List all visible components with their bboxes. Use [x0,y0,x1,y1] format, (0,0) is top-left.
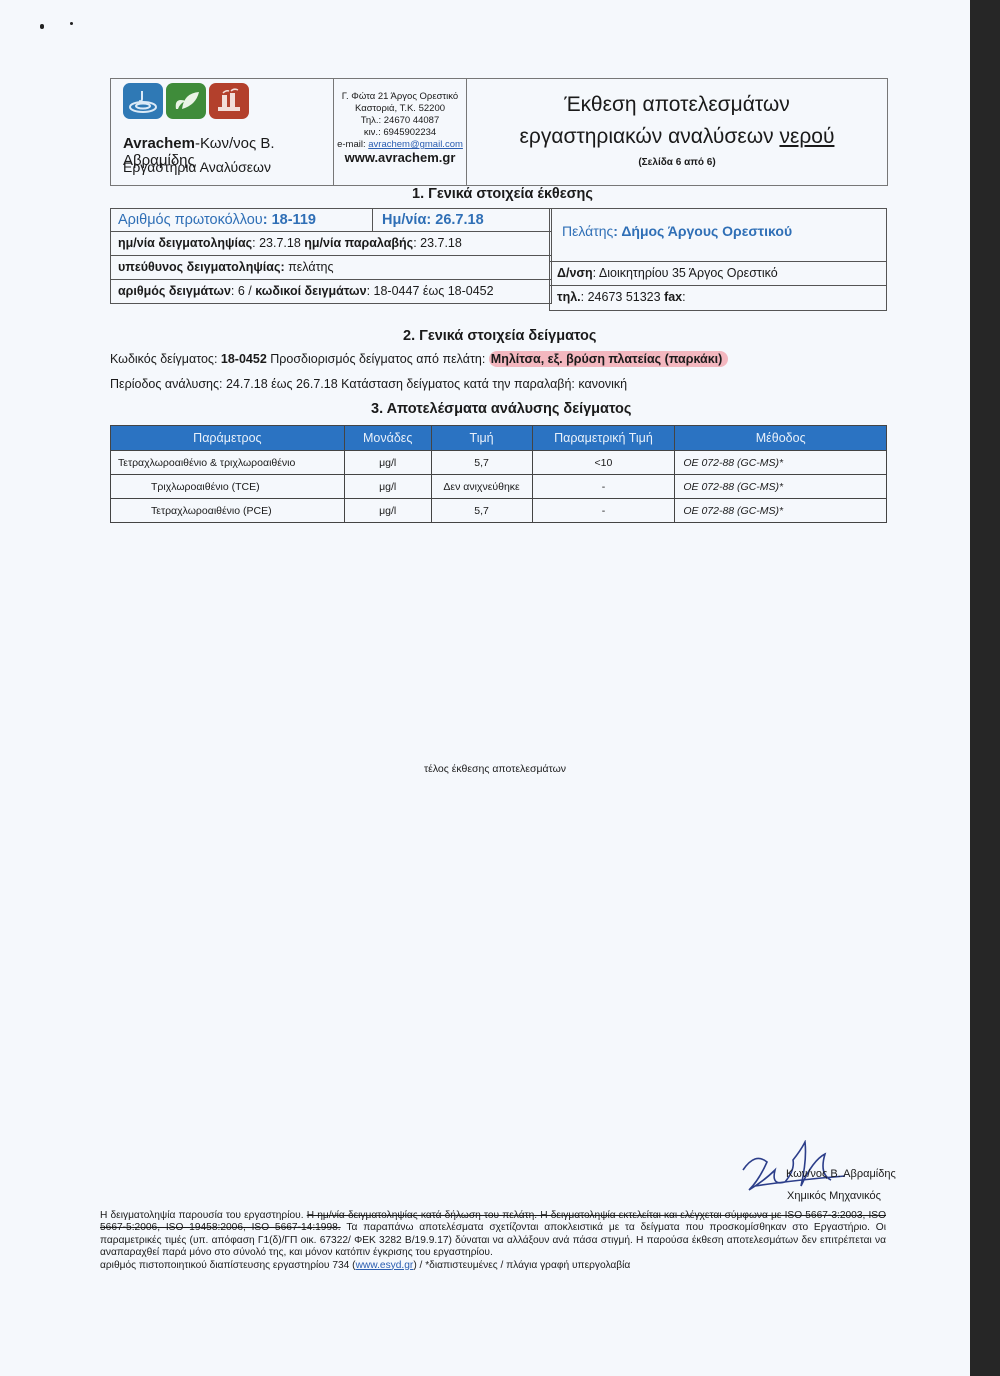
signatory-name: Κων/νος Β. Αβραμίδης [786,1168,896,1180]
contact-block: Γ. Φώτα 21 Άργος Ορεστικό Καστοριά, Τ.Κ.… [334,79,467,185]
col-value: Τιμή [431,426,532,451]
scan-speck [40,24,44,29]
report-header: Avrachem-Κων/νος Β. Αβραμίδης Εργαστήρια… [110,78,888,186]
company-block: Avrachem-Κων/νος Β. Αβραμίδης Εργαστήρια… [111,79,334,185]
end-of-report: τέλος έκθεσης αποτελεσμάτων [424,763,566,775]
contact-mobile: κιν.: 6945902234 [334,127,466,139]
scan-speck [70,22,73,25]
analysis-period-line: Περίοδος ανάλυσης: 24.7.18 έως 26.7.18 Κ… [110,377,627,391]
company-logos [123,83,249,119]
report-title-block: Έκθεση αποτελεσμάτων εργαστηριακών αναλύ… [467,79,887,185]
esyd-link[interactable]: www.esyd.gr [356,1260,414,1271]
report-title-line1: Έκθεση αποτελεσμάτων [467,93,887,117]
col-units: Μονάδες [344,426,431,451]
protocol-row: Αριθμός πρωτοκόλλου: 18-119 Ημ/νία: 26.7… [111,209,551,231]
water-drop-icon [123,83,163,119]
factory-icon [209,83,249,119]
client-info-table: Πελάτης: Δήμος Άργους Ορεστικού Δ/νση: Δ… [549,208,887,311]
col-parameter: Παράμετρος [111,426,345,451]
report-title-line2: εργαστηριακών αναλύσεων νερού [467,125,887,149]
client-phone: τηλ.: 24673 51323 fax: [550,286,886,309]
table-row: Τριχλωροαιθένιο (TCE) μg/l Δεν ανιχνεύθη… [111,475,887,499]
col-parametric-value: Παραμετρική Τιμή [532,426,675,451]
signatory-role: Χημικός Μηχανικός [787,1190,881,1202]
leaf-icon [166,83,206,119]
client-name: Πελάτης: Δήμος Άργους Ορεστικού [550,209,886,262]
document-page: Avrachem-Κων/νος Β. Αβραμίδης Εργαστήρια… [0,0,970,1376]
sample-code: 18-0452 [221,352,267,366]
sample-id-line: Κωδικός δείγματος: 18-0452 Προσδιορισμός… [110,352,728,366]
table-row: Τετραχλωροαιθένιο (PCE) μg/l 5,7 - ΟΕ 07… [111,499,887,523]
col-method: Μέθοδος [675,426,887,451]
section2-title: 2. Γενικά στοιχεία δείγματος [403,328,596,344]
report-info-table: Αριθμός πρωτοκόλλου: 18-119 Ημ/νία: 26.7… [110,208,552,304]
report-date: Ημ/νία: 26.7.18 [373,209,484,231]
page-number: (Σελίδα 6 από 6) [467,157,887,168]
sample-location-highlight: Μηλίτσα, εξ. βρύση πλατείας (παρκάκι) [489,351,729,367]
sampler-row: υπεύθυνος δειγματοληψίας: πελάτης [111,255,551,279]
samples-row: αριθμός δειγμάτων: 6 / κωδικοί δειγμάτων… [111,279,551,303]
dates-row: ημ/νία δειγματοληψίας: 23.7.18 ημ/νία πα… [111,231,551,255]
contact-address: Γ. Φώτα 21 Άργος Ορεστικό [334,91,466,103]
table-row: Τετραχλωροαιθένιο & τριχλωροαιθένιο μg/l… [111,451,887,475]
contact-city: Καστοριά, Τ.Κ. 52200 [334,103,466,115]
footer-notes: Η δειγματοληψία παρουσία του εργαστηρίου… [100,1210,886,1272]
protocol-number: Αριθμός πρωτοκόλλου: 18-119 [111,209,373,231]
section1-title: 1. Γενικά στοιχεία έκθεσης [412,186,593,202]
section3-title: 3. Αποτελέσματα ανάλυσης δείγματος [371,401,631,417]
results-table: Παράμετρος Μονάδες Τιμή Παραμετρική Τιμή… [110,425,887,523]
scan-background-edge [970,0,1000,1376]
client-address: Δ/νση: Διοικητηρίου 35 Άργος Ορεστικό [550,262,886,286]
lab-name: Εργαστήρια Αναλύσεων [123,159,271,175]
email-link[interactable]: avrachem@gmail.com [368,139,463,150]
contact-phone: Τηλ.: 24670 44087 [334,115,466,127]
website-link[interactable]: www.avrachem.gr [334,152,466,164]
results-header-row: Παράμετρος Μονάδες Τιμή Παραμετρική Τιμή… [111,426,887,451]
